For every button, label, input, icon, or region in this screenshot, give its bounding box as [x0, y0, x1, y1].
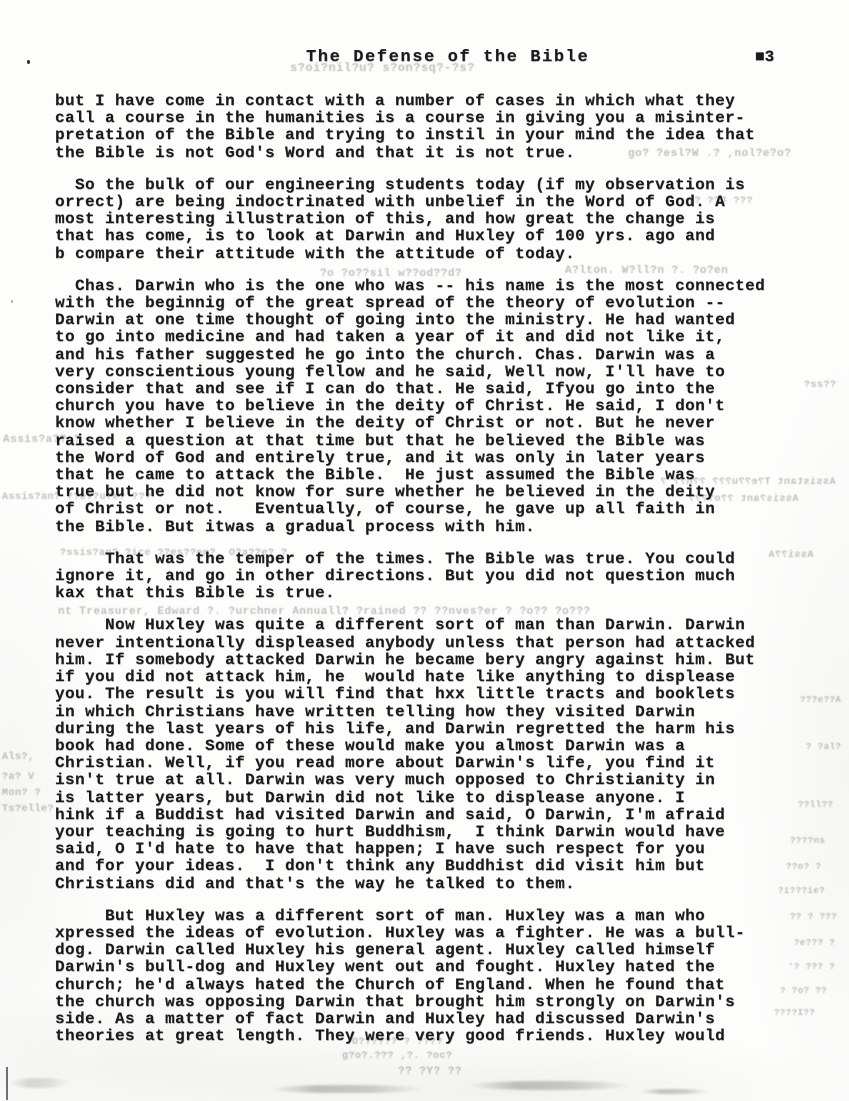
bleedthrough-text: Als?, — [2, 752, 35, 763]
ink-speck — [27, 60, 30, 64]
scan-edge-mark — [6, 1067, 8, 1100]
bleedthrough-text: Ts?elle? — [2, 804, 54, 815]
scan-smudge — [640, 1089, 710, 1094]
paragraph: but I have come in contact with a number… — [55, 93, 795, 162]
ink-speck — [11, 300, 13, 303]
paragraph: That was the temper of the times. The Bi… — [55, 551, 795, 603]
bleedthrough-text: ? ?al? — [806, 742, 841, 752]
bleedthrough-text: ?e??? ? — [794, 938, 835, 948]
bleedthrough-text: ?? ?Y? ?? — [398, 1066, 462, 1078]
bleedthrough-text: '? ??? ? — [788, 962, 835, 972]
bleedthrough-text: ????ns — [790, 836, 825, 846]
bleedthrough-text: ???e??A — [800, 695, 841, 705]
paragraph: Chas. Darwin who is the one who was -- h… — [55, 278, 795, 536]
page-title: The Defense of the Bible — [306, 48, 589, 67]
paragraph: But Huxley was a different sort of man. … — [55, 908, 795, 1046]
bleedthrough-text: Mon? ? — [2, 788, 41, 799]
scan-smudge — [10, 1078, 70, 1088]
paragraph: So the bulk of our engineering students … — [55, 177, 795, 263]
scan-smudge — [270, 1085, 425, 1093]
paragraph: Now Huxley was quite a different sort of… — [55, 617, 795, 892]
bleedthrough-text: ?ss?? — [804, 380, 837, 391]
bleedthrough-text: ??ll?? — [798, 800, 833, 810]
bleedthrough-text: ?a? V — [2, 772, 35, 783]
scan-smudge — [468, 1081, 633, 1090]
page-number: ■3 — [755, 48, 774, 66]
bleedthrough-text: ?? ? ??? — [790, 912, 837, 922]
document-page: s?oi?nil?u? s?on?sq?-?s?go? ?esl?W .? ,n… — [0, 0, 849, 1101]
document-body: but I have come in contact with a number… — [55, 93, 795, 1060]
